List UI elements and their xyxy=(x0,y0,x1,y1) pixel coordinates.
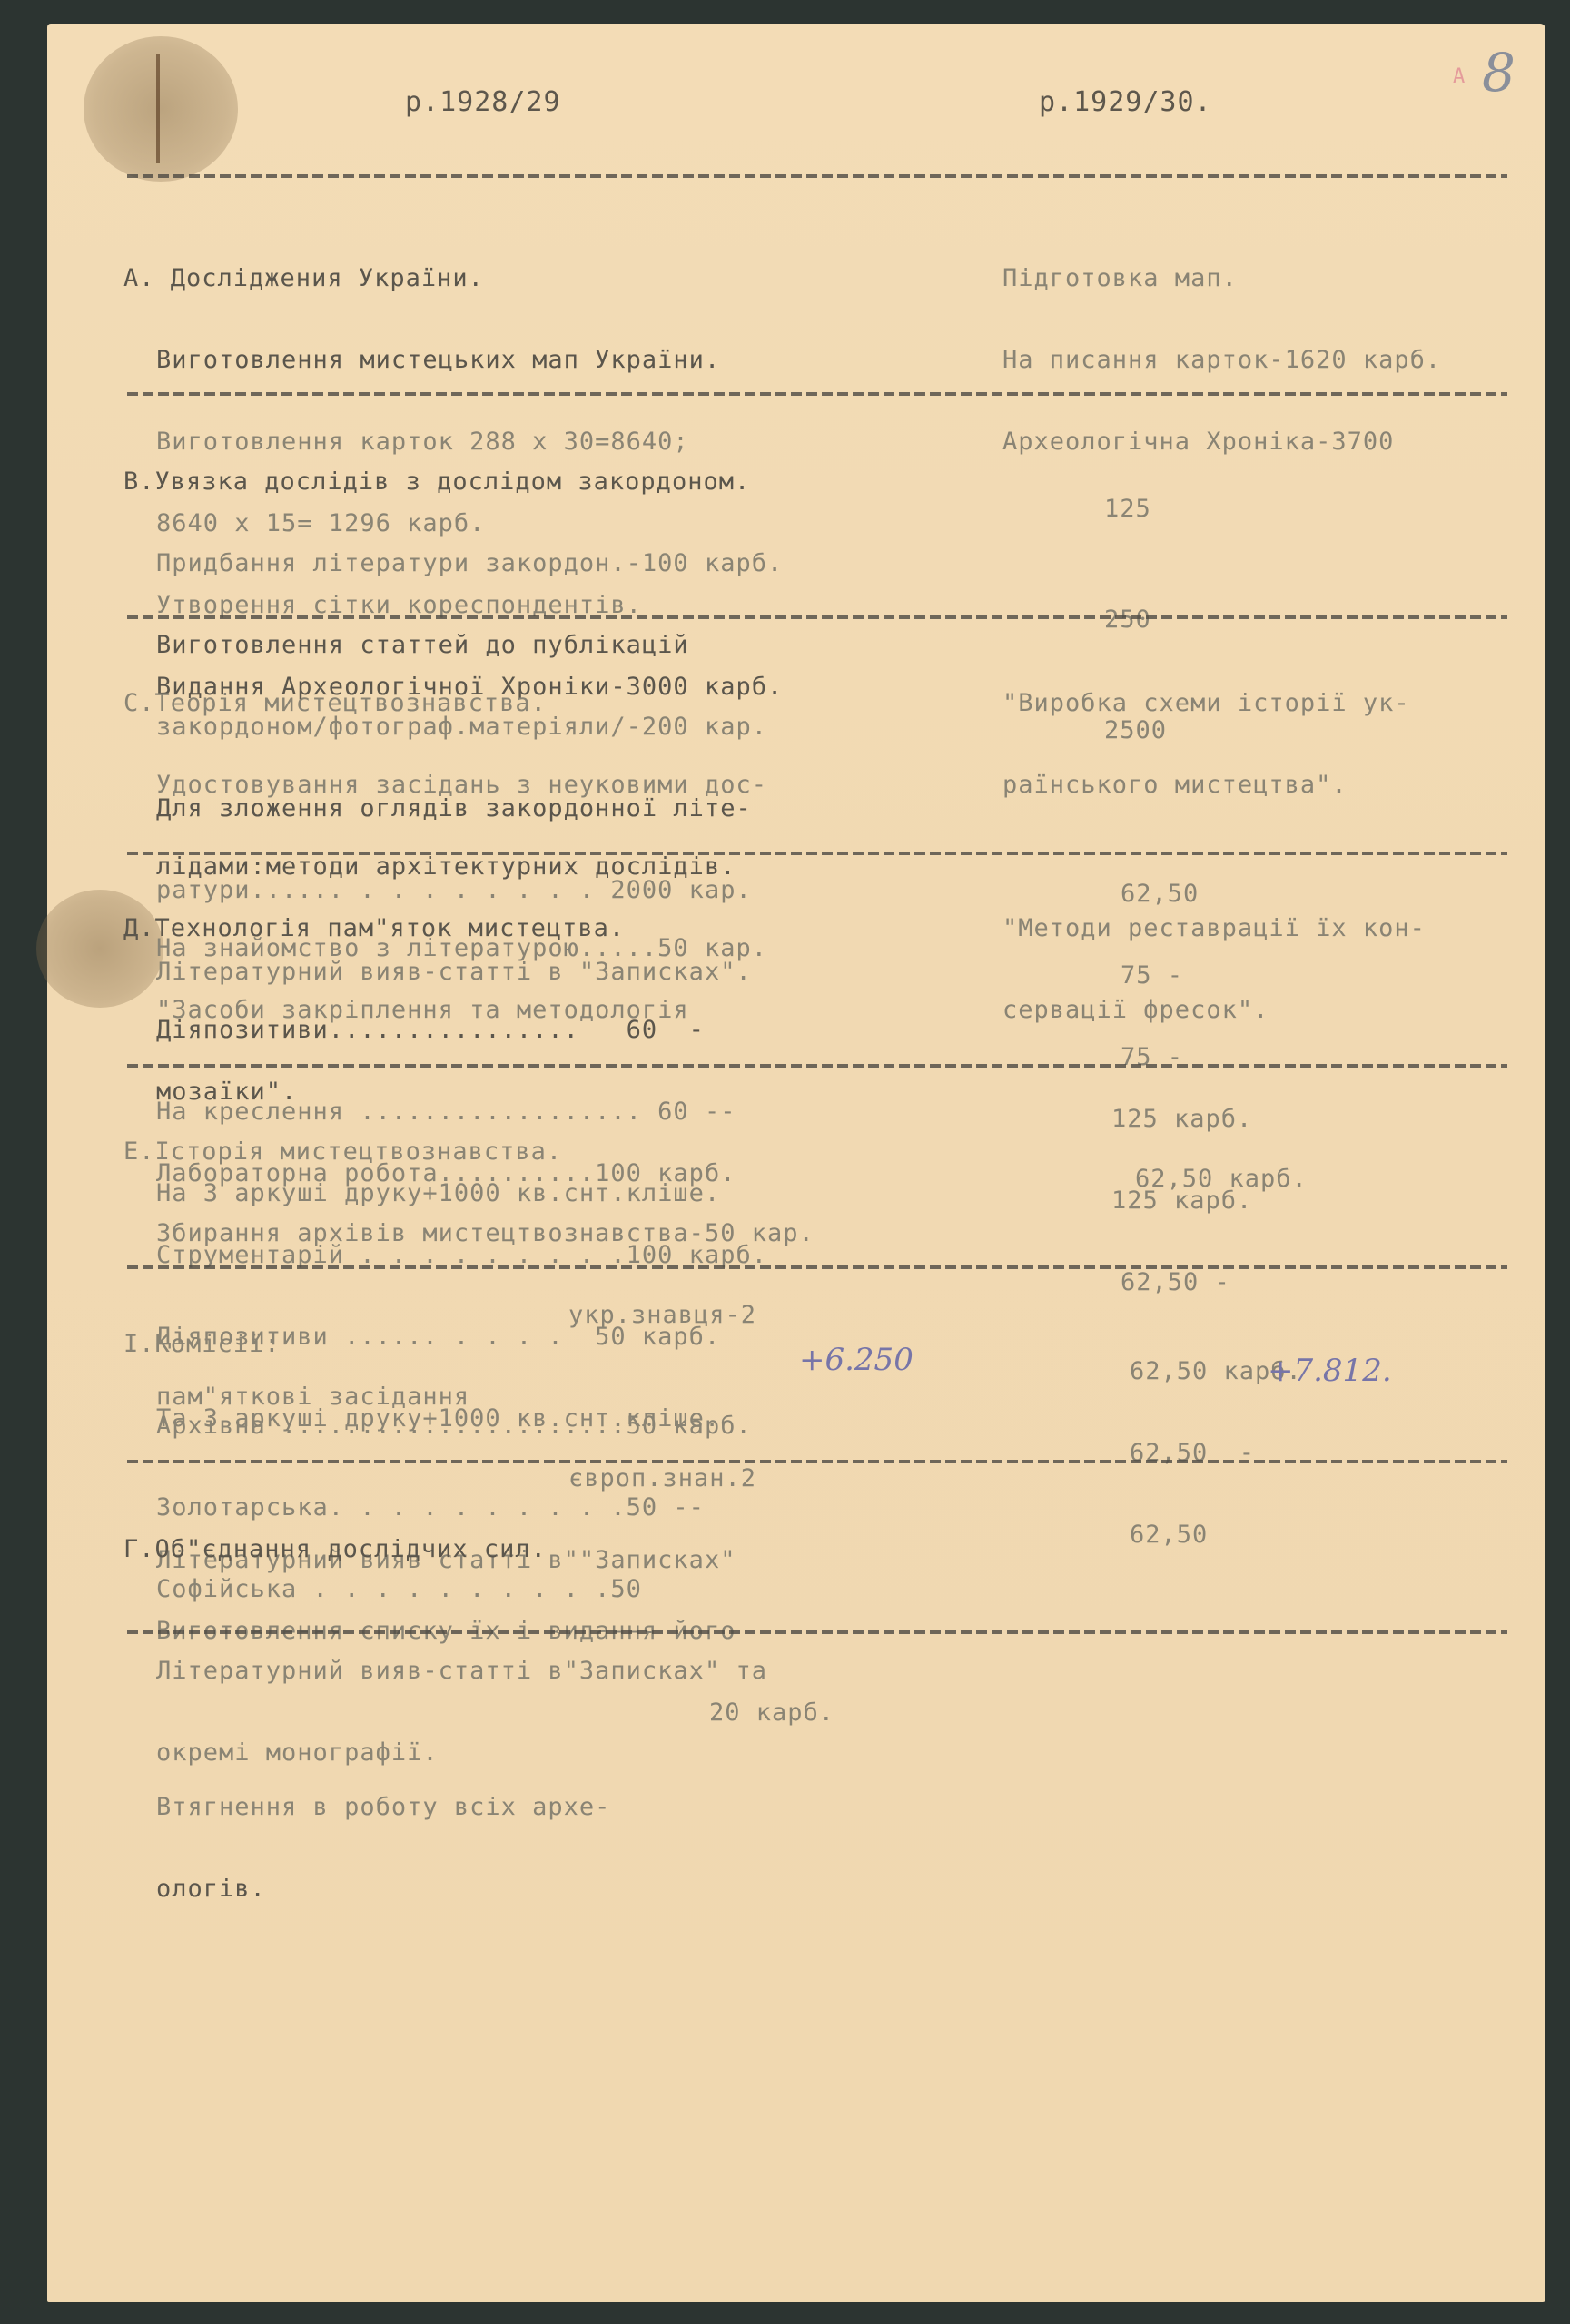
section-title: С.Теорія мистецтвознавства. xyxy=(123,690,995,717)
text-line: 20 карб. xyxy=(123,1699,995,1727)
divider xyxy=(127,615,1507,619)
amount-value: 62,50 xyxy=(1130,1521,1570,1549)
text-line: Архівна ......................50 карб. xyxy=(123,1413,995,1440)
divider xyxy=(127,1265,1507,1269)
handwritten-total-right: +7.812. xyxy=(1268,1353,1392,1389)
text-line: На писання карток-1620 карб. xyxy=(1002,347,1511,374)
amount-value: 250 xyxy=(1104,606,1570,634)
text-line: Удостовування засідань з неуковими дос- xyxy=(123,772,995,799)
section-title: Г.Об"єднання дослідчих сил. xyxy=(123,1536,995,1563)
section-title: В.Увязка дослідів з дослідом закордоном. xyxy=(123,468,995,496)
amount-value: 62,50 карб. xyxy=(1135,1166,1570,1193)
section-d-right: "Методи реставрації їх кон- сервації фре… xyxy=(1002,861,1511,1324)
text-line: "Виробка схеми історії ук- xyxy=(1002,690,1511,717)
page-number-mark: 8 xyxy=(1482,42,1516,103)
text-line: Підготовка мап. xyxy=(1002,265,1511,292)
column-heading-1928: р.1928/29 xyxy=(405,89,561,116)
divider xyxy=(127,392,1507,396)
section-title: Д.Технологія пам"яток мистецтва. xyxy=(123,915,995,942)
text-line: Придбання літератури закордон.-100 карб. xyxy=(123,550,995,577)
divider xyxy=(127,174,1507,178)
column-heading-1929: р.1929/30. xyxy=(1039,89,1212,116)
text-line: Збирання архівів мистецтвознавства-50 ка… xyxy=(123,1220,995,1247)
rust-stain-top xyxy=(84,36,238,182)
text-line: ологів. xyxy=(123,1876,995,1903)
divider xyxy=(127,1630,1507,1634)
text-line: "Засоби закріплення та методологія xyxy=(123,997,995,1024)
page-mark-red: A xyxy=(1453,65,1465,88)
handwritten-total-left: +6.250 xyxy=(799,1342,913,1378)
divider xyxy=(127,1460,1507,1463)
text-line: "Методи реставрації їх кон- xyxy=(1002,915,1511,942)
amount-value: 62,50 - xyxy=(1002,1269,1511,1296)
section-i-right: 62,50 карб. 62,50 - 62,50 xyxy=(1130,1304,1570,1576)
section-g: Г.Об"єднання дослідчих сил. Виготовлення… xyxy=(123,1482,995,1930)
text-line: Втягнення в роботу всіх архе- xyxy=(123,1794,995,1821)
text-line: сервації фресок". xyxy=(1002,997,1511,1024)
text-line: раїнського мистецтва". xyxy=(1002,772,1511,799)
amount-value: 125 xyxy=(1104,496,1570,523)
section-e-right: 62,50 карб. xyxy=(1135,1111,1570,1220)
divider xyxy=(127,1064,1507,1068)
divider xyxy=(127,852,1507,855)
section-title: Е.Історія мистецтвознавства. xyxy=(123,1138,995,1166)
text-line: Виготовлення мистецьких мап України. xyxy=(123,347,995,374)
section-title: А. Досліджения України. xyxy=(123,265,995,292)
